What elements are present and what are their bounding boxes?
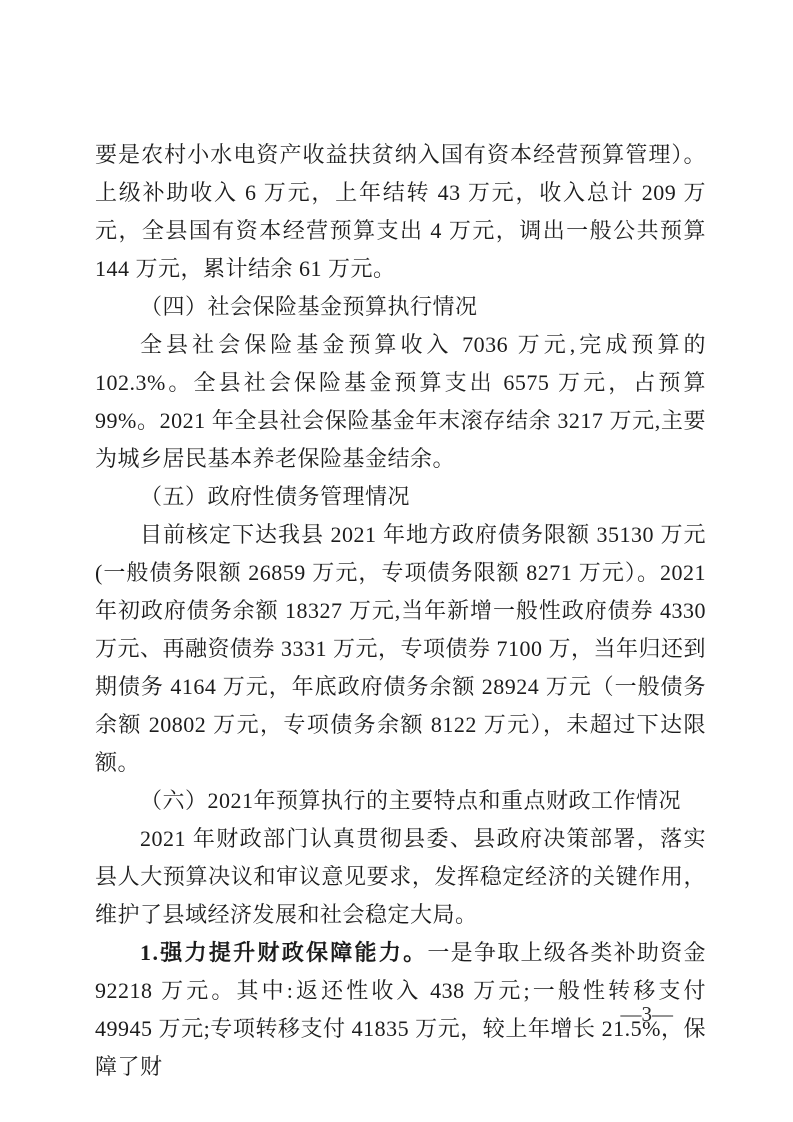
document-body: 要是农村小水电资产收益扶贫纳入国有资本经营预算管理）。上级补助收入 6 万元，上… <box>95 136 706 1086</box>
section-heading-text: （六）2021年预算执行的主要特点和重点财政工作情况 <box>140 788 681 813</box>
paragraph-text: 2021 年财政部门认真贯彻县委、县政府决策部署，落实县人大预算决议和审议意见要… <box>95 826 706 927</box>
paragraph: 2021 年财政部门认真贯彻县委、县政府决策部署，落实县人大预算决议和审议意见要… <box>95 820 706 934</box>
paragraph-text: 全县社会保险基金预算收入 7036 万元,完成预算的 102.3%。全县社会保险… <box>95 332 706 471</box>
paragraph: 目前核定下达我县 2021 年地方政府债务限额 35130 万元(一般债务限额 … <box>95 516 706 782</box>
section-heading: （六）2021年预算执行的主要特点和重点财政工作情况 <box>95 782 706 820</box>
section-heading: （四）社会保险基金预算执行情况 <box>95 288 706 326</box>
paragraph: 全县社会保险基金预算收入 7036 万元,完成预算的 102.3%。全县社会保险… <box>95 326 706 478</box>
document-page: 要是农村小水电资产收益扶贫纳入国有资本经营预算管理）。上级补助收入 6 万元，上… <box>0 0 793 1122</box>
paragraph: 1.强力提升财政保障能力。一是争取上级各类补助资金 92218 万元。其中:返还… <box>95 934 706 1086</box>
paragraph-bold-lead: 1.强力提升财政保障能力。 <box>140 940 427 965</box>
paragraph-text: 要是农村小水电资产收益扶贫纳入国有资本经营预算管理）。上级补助收入 6 万元，上… <box>95 142 706 281</box>
section-heading-text: （四）社会保险基金预算执行情况 <box>140 294 478 319</box>
section-heading: （五）政府性债务管理情况 <box>95 478 706 516</box>
page-number: —3— <box>621 1000 674 1028</box>
section-heading-text: （五）政府性债务管理情况 <box>140 484 410 509</box>
paragraph-text: 目前核定下达我县 2021 年地方政府债务限额 35130 万元(一般债务限额 … <box>95 522 706 775</box>
paragraph: 要是农村小水电资产收益扶贫纳入国有资本经营预算管理）。上级补助收入 6 万元，上… <box>95 136 706 288</box>
